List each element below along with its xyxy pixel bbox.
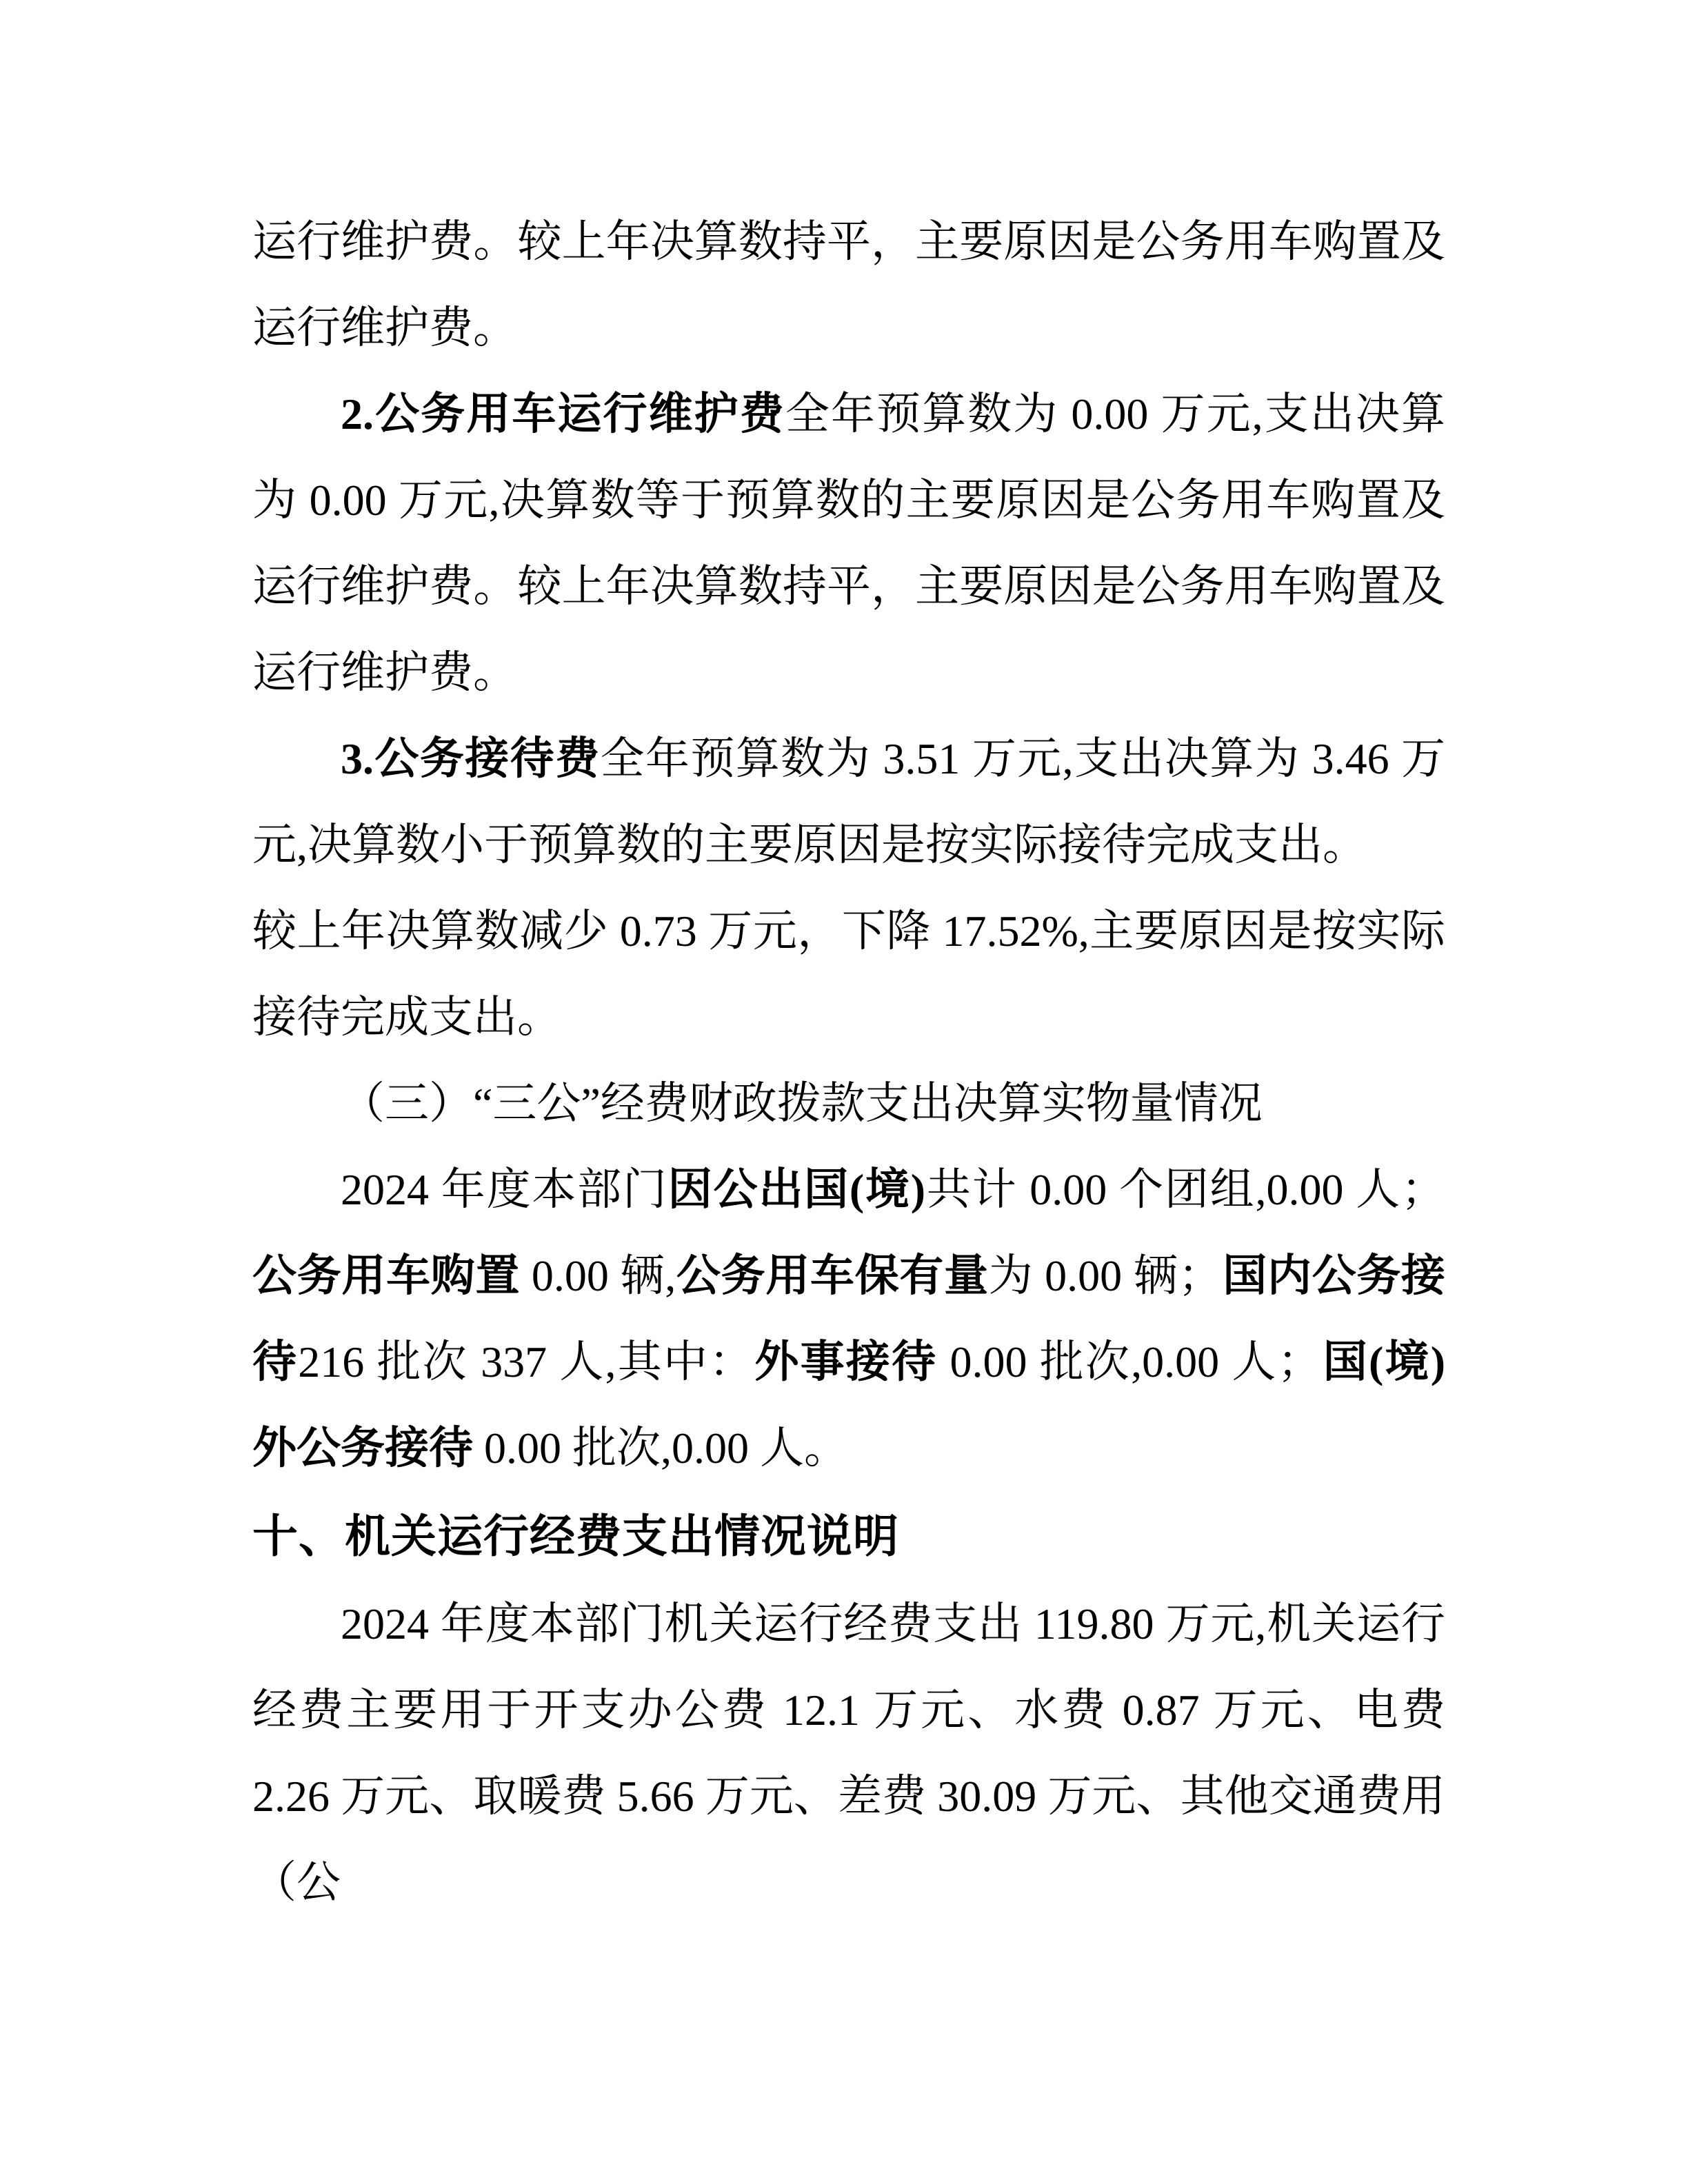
- bold-run: 外事接待: [754, 1337, 937, 1386]
- bold-run: 公务用车保有量: [676, 1251, 989, 1300]
- text-run: 0.00 批次,0.00 人。: [473, 1424, 848, 1473]
- text-run: 216 批次 337 人,其中：: [298, 1337, 754, 1386]
- para-reception-yoy-change: 较上年决算数减少 0.73 万元，下降 17.52%,主要原因是按实际接待完成支…: [252, 888, 1445, 1060]
- text-run: 0.00 辆,: [520, 1251, 676, 1300]
- heading-section-ten: 十、机关运行经费支出情况说明: [252, 1491, 1445, 1581]
- bold-run: 3.公务接待费: [341, 734, 601, 783]
- text-run: 为 0.00 辆；: [989, 1251, 1223, 1300]
- para-official-reception-fee: 3.公务接待费全年预算数为 3.51 万元,支出决算为 3.46 万元,决算数小…: [252, 716, 1445, 888]
- text-run: 运行维护费。较上年决算数持平，主要原因是公务用车购置及运行维护费。: [252, 217, 1445, 352]
- document-page: 运行维护费。较上年决算数持平，主要原因是公务用车购置及运行维护费。 2.公务用车…: [0, 0, 1688, 2184]
- bold-run: 公务用车购置: [252, 1251, 520, 1300]
- bold-run: 因公出国(境): [668, 1165, 925, 1214]
- text-run: 2024 年度本部门: [341, 1165, 668, 1214]
- para-physical-quantity: 2024 年度本部门因公出国(境)共计 0.00 个团组,0.00 人；公务用车…: [252, 1146, 1445, 1491]
- bold-run: 2.公务用车运行维护费: [341, 390, 785, 438]
- heading-section-three: （三）“三公”经费财政拨款支出决算实物量情况: [252, 1060, 1445, 1146]
- text-run: 十、机关运行经费支出情况说明: [252, 1510, 899, 1561]
- text-run: 0.00 批次,0.00 人；: [937, 1337, 1321, 1386]
- para-vehicle-maintenance-continued: 运行维护费。较上年决算数持平，主要原因是公务用车购置及运行维护费。: [252, 199, 1445, 371]
- text-run: （三）“三公”经费财政拨款支出决算实物量情况: [341, 1079, 1263, 1128]
- text-run: 共计 0.00 个团组,0.00 人；: [925, 1165, 1445, 1214]
- para-vehicle-operation-fee: 2.公务用车运行维护费全年预算数为 0.00 万元,支出决算为 0.00 万元,…: [252, 371, 1445, 716]
- para-operating-expenses: 2024 年度本部门机关运行经费支出 119.80 万元,机关运行经费主要用于开…: [252, 1581, 1445, 1925]
- text-run: 较上年决算数减少 0.73 万元，下降 17.52%,主要原因是按实际接待完成支…: [252, 907, 1445, 1042]
- text-run: 2024 年度本部门机关运行经费支出 119.80 万元,机关运行经费主要用于开…: [252, 1599, 1445, 1907]
